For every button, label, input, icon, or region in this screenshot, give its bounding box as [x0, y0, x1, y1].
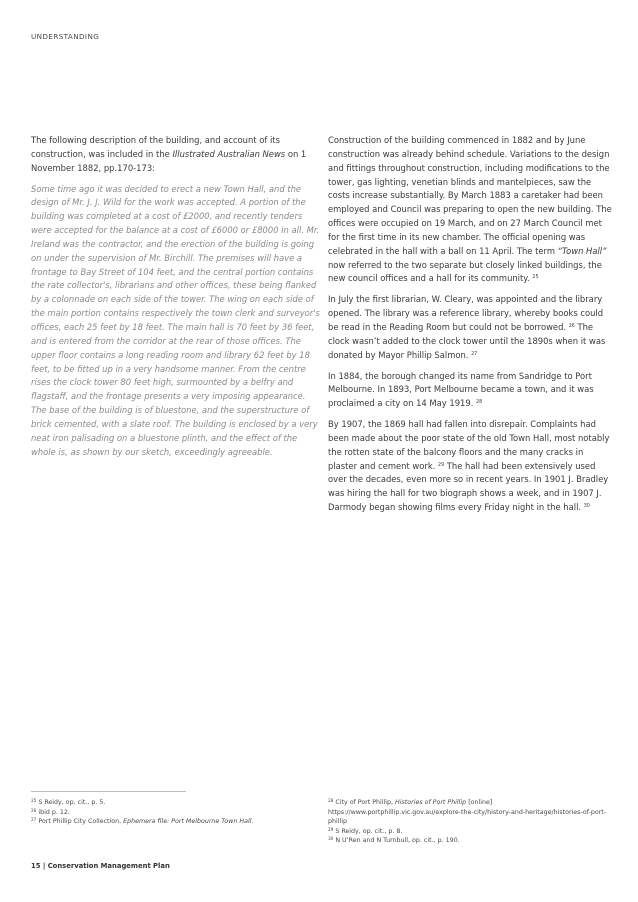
footnote-item: 29 S Reidy, op. cit., p. 8. — [328, 827, 618, 837]
footnote-ref[interactable]: 27 — [471, 352, 477, 357]
footnote-text: City of Port Phillip, — [333, 799, 395, 806]
footnote-text: Port Phillip City Collection, — [36, 818, 123, 825]
footnote-item: 27 Port Phillip City Collection, Ephemer… — [31, 817, 316, 827]
footnote-ref[interactable]: 25 — [532, 275, 538, 280]
paragraph-construction: Construction of the building commenced i… — [328, 134, 613, 286]
section-header: UNDERSTANDING — [31, 32, 99, 41]
paragraph-text: now referred to the two separate but clo… — [328, 260, 602, 284]
footnote-ref[interactable]: 30 — [584, 504, 590, 509]
paragraph-library: In July the first librarian, W. Cleary, … — [328, 293, 613, 362]
footnote-divider — [31, 791, 186, 792]
right-column: Construction of the building commenced i… — [328, 134, 613, 522]
block-quote: Some time ago it was decided to erect a … — [31, 183, 321, 460]
intro-paragraph: The following description of the buildin… — [31, 134, 321, 176]
footnote-item: 26 ibid p. 12. — [31, 808, 316, 818]
footnote-ref[interactable]: 28 — [476, 400, 482, 405]
paragraph-text: In July the first librarian, W. Cleary, … — [328, 294, 603, 332]
footer-separator: | — [40, 862, 47, 870]
footnote-italic: Histories of Port Phillip — [395, 799, 466, 806]
footnote-text: N U’Ren and N Turnbull, op. cit., p. 190… — [333, 837, 459, 844]
paragraph-text: In 1884, the borough changed its name fr… — [328, 371, 594, 409]
footnote-item: 25 S Reidy, op. cit., p. 5. — [31, 798, 316, 808]
paragraph-name-change: In 1884, the borough changed its name fr… — [328, 370, 613, 412]
footnotes-left: 25 S Reidy, op. cit., p. 5. 26 ibid p. 1… — [31, 798, 316, 827]
footnote-text: ibid p. 12. — [36, 809, 70, 816]
term-town-hall: “Town Hall” — [558, 246, 607, 256]
publication-title: Illustrated Australian News — [172, 149, 285, 159]
document-title: Conservation Management Plan — [48, 862, 170, 870]
paragraph-text: Construction of the building commenced i… — [328, 135, 612, 256]
footnote-text: S Reidy, op. cit., p. 8. — [333, 828, 402, 835]
footnote-italic: Ephemera file: Port Melbourne Town Hall. — [123, 818, 253, 825]
footnote-text: S Reidy, op. cit., p. 5. — [36, 799, 105, 806]
paragraph-disrepair: By 1907, the 1869 hall had fallen into d… — [328, 418, 613, 515]
footnote-item: 28 City of Port Phillip, Histories of Po… — [328, 798, 618, 827]
page-footer: 15 | Conservation Management Plan — [31, 862, 170, 870]
footnotes-right: 28 City of Port Phillip, Histories of Po… — [328, 798, 618, 846]
footnote-item: 30 N U’Ren and N Turnbull, op. cit., p. … — [328, 836, 618, 846]
left-column: The following description of the buildin… — [31, 134, 321, 466]
